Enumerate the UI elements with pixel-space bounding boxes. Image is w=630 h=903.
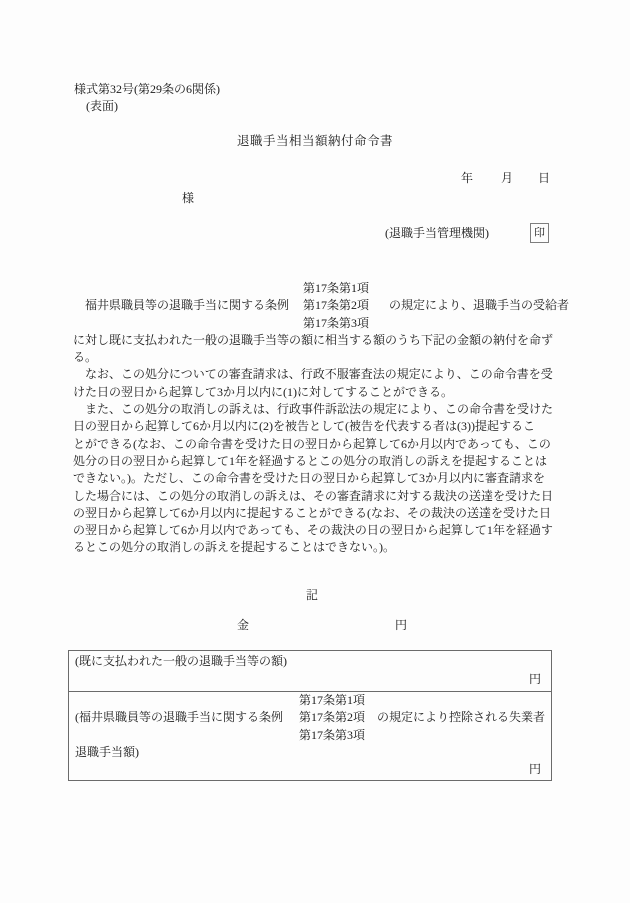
addressee-honorific: 様 — [182, 190, 194, 207]
body-line: る。 — [73, 349, 551, 366]
body-line: 日の翌日から起算して6か月以内に(2)を被告として(被告を代表する者は(3))提… — [73, 418, 551, 435]
amount-prefix: 金 — [237, 618, 249, 632]
body-line: の翌日から起算して6か月以内であっても、その裁決の日の翌日から起算して1年を経過… — [73, 522, 551, 539]
body-line: した場合には、この処分の取消しの訴えは、その審査請求に対する裁決の送達を受けた日 — [73, 488, 551, 505]
clause-option: 第17条第1項 — [299, 692, 365, 709]
clause-option: 第17条第3項 — [303, 315, 369, 332]
amount-breakdown-table: (既に支払われた一般の退職手当等の額) 円 (福井県職員等の退職手当に関する条例… — [68, 650, 552, 781]
body-line: 処分の日の翌日から起算して1年を経過するとこの処分の取消しの訴えを提起することは — [73, 453, 551, 470]
clause-options: 第17条第1項 第17条第2項 第17条第3項 — [303, 280, 369, 332]
clause-selection-row: 福井県職員等の退職手当に関する条例 第17条第1項 第17条第2項 第17条第3… — [73, 280, 551, 332]
clause-option: 第17条第2項 — [303, 297, 369, 314]
side-label: (表面) — [86, 98, 118, 115]
row1-unit: 円 — [75, 671, 545, 688]
clause-left-text: 福井県職員等の退職手当に関する条例 — [73, 297, 289, 314]
body-line: の翌日から起算して6か月以内に提起することができる(なお、その裁決の送達を受けた… — [73, 505, 551, 522]
record-mark: 記 — [73, 587, 551, 604]
body-text: 福井県職員等の退職手当に関する条例 第17条第1項 第17条第2項 第17条第3… — [73, 280, 551, 781]
year-label: 年 — [461, 170, 473, 187]
table-row: (既に支払われた一般の退職手当等の額) 円 — [69, 651, 551, 692]
row2-left-text: (福井県職員等の退職手当に関する条例 — [75, 709, 283, 726]
date-line: 年 月 日 — [0, 170, 630, 187]
day-label: 日 — [538, 170, 550, 187]
form-number: 様式第32号(第29条の6関係) — [74, 81, 220, 98]
seal-label: 印 — [534, 227, 545, 239]
row2-right-text: の規定により控除される失業者 — [377, 709, 545, 726]
month-label: 月 — [501, 170, 513, 187]
row2-clause-selection-row: (福井県職員等の退職手当に関する条例 第17条第1項 第17条第2項 第17条第… — [75, 692, 545, 744]
body-line: できない。)。ただし、この命令書を受けた日の翌日から起算して3か月以内に審査請求… — [73, 470, 551, 487]
amount-line: 金円 — [73, 617, 551, 634]
clause-option: 第17条第2項 — [299, 709, 365, 726]
body-line: また、この処分の取消しの訴えは、行政事件訴訟法の規定により、この命令書を受けた — [73, 401, 551, 418]
row2-continuation: 退職手当額) — [75, 744, 545, 761]
clause-option: 第17条第3項 — [299, 727, 365, 744]
page-title: 退職手当相当額納付命令書 — [0, 133, 630, 150]
table-row: (福井県職員等の退職手当に関する条例 第17条第1項 第17条第2項 第17条第… — [69, 692, 551, 780]
clause-option: 第17条第1項 — [303, 280, 369, 297]
clause-right-text: の規定により、退職手当の受給者 — [389, 297, 569, 314]
body-line: るとこの処分の取消しの訴えを提起することはできない。)。 — [73, 539, 551, 556]
row2-unit: 円 — [75, 761, 545, 778]
row2-clause-options: 第17条第1項 第17条第2項 第17条第3項 — [299, 692, 365, 744]
body-line: なお、この処分についての審査請求は、行政不服審査法の規定により、この命令書を受 — [73, 366, 551, 383]
issuer-label: (退職手当管理機関) — [385, 225, 489, 242]
row1-label: (既に支払われた一般の退職手当等の額) — [75, 653, 545, 670]
amount-unit: 円 — [395, 618, 407, 632]
seal-box: 印 — [530, 223, 549, 243]
body-line: けた日の翌日から起算して3か月以内に(1)に対してすることができる。 — [73, 384, 551, 401]
body-line: に対し既に支払われた一般の退職手当等の額に相当する額のうち下記の金額の納付を命ず — [73, 332, 551, 349]
form-page: 様式第32号(第29条の6関係) (表面) 退職手当相当額納付命令書 年 月 日… — [0, 0, 630, 903]
body-line: とができる(なお、この命令書を受けた日の翌日から起算して6か月以内であっても、こ… — [73, 436, 551, 453]
